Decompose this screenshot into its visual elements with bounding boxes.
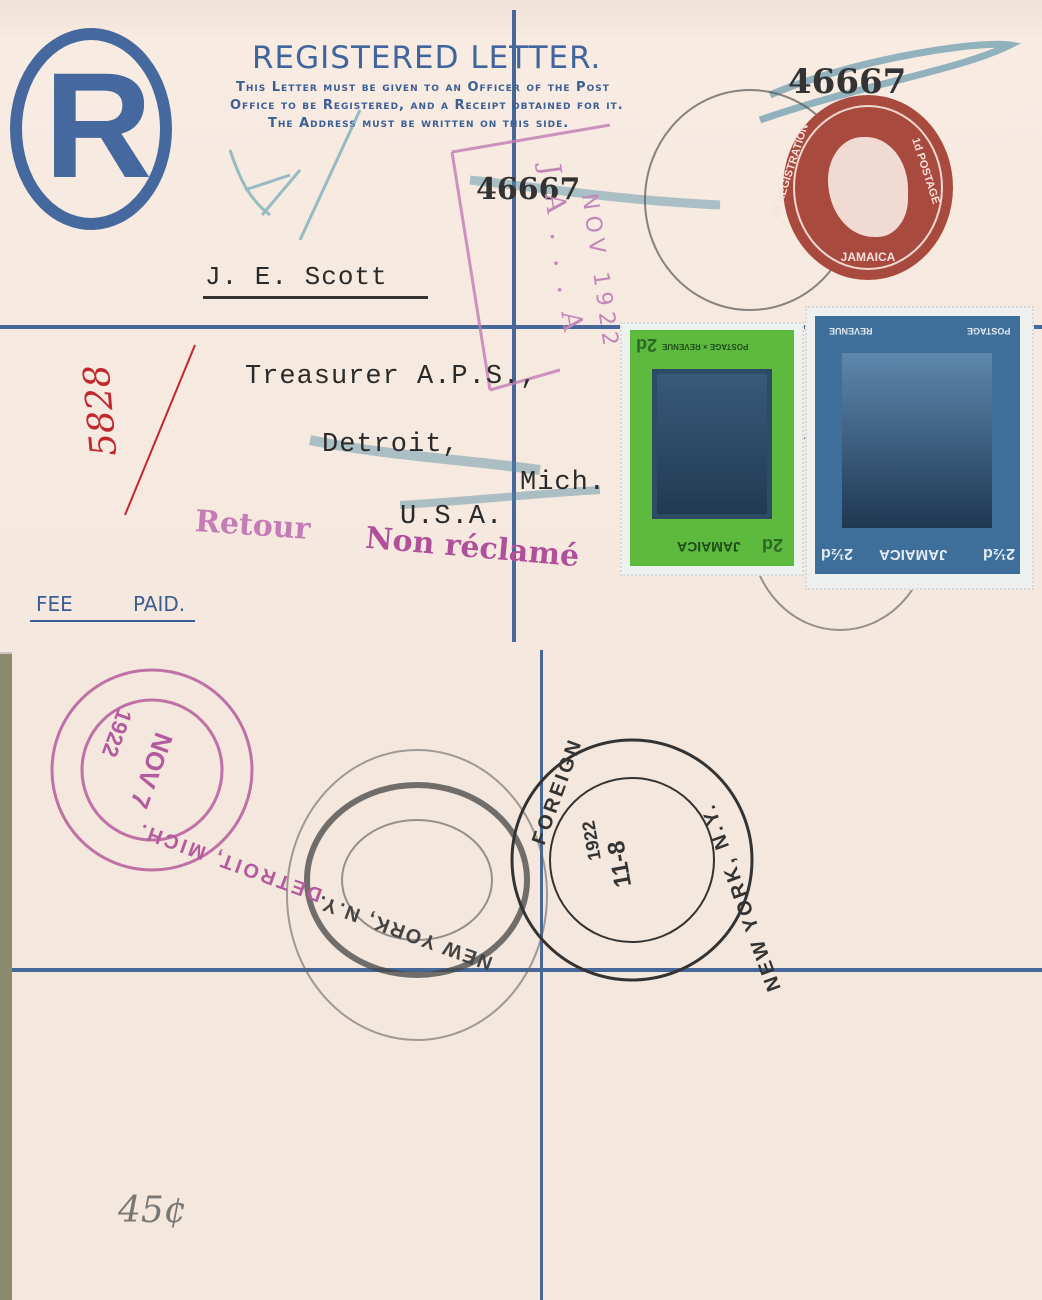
- envelope-back: NOV 7 1922 DETROIT, MICH. 11-8 1922 NEW …: [12, 650, 1042, 1300]
- stamp-2-denomination-r: 2½d: [983, 544, 1015, 562]
- stamp-2-top-right: REVENUE: [829, 326, 873, 336]
- stamp-2d-kings-house: 2d 2d POSTAGE × REVENUE JAMAICA: [620, 322, 804, 576]
- stamp-2-top-left: POSTAGE: [967, 326, 1010, 336]
- stamp-2-country: JAMAICA: [879, 546, 947, 563]
- stationery-bottom-text: JAMAICA: [828, 250, 908, 264]
- pencil-price: 45¢: [118, 1190, 187, 1231]
- stamp-1-country: JAMAICA: [677, 539, 741, 555]
- stamp-1-denomination-br: 2d: [762, 534, 783, 555]
- stamp-2-denomination-l: 2½d: [821, 544, 853, 562]
- envelope-front: R REGISTERED LETTER. This Letter must be…: [0, 0, 1042, 654]
- stamp-1-denomination-tl: 2d: [636, 334, 657, 355]
- stamp-2-5d-return-of-contingent: POSTAGE REVENUE 2½d 2½d JAMAICA: [805, 306, 1034, 590]
- stamp-1-top-text: POSTAGE × REVENUE: [662, 342, 748, 351]
- postal-stationery-imprint: 2d REGISTRATION 1d POSTAGE JAMAICA: [783, 95, 953, 280]
